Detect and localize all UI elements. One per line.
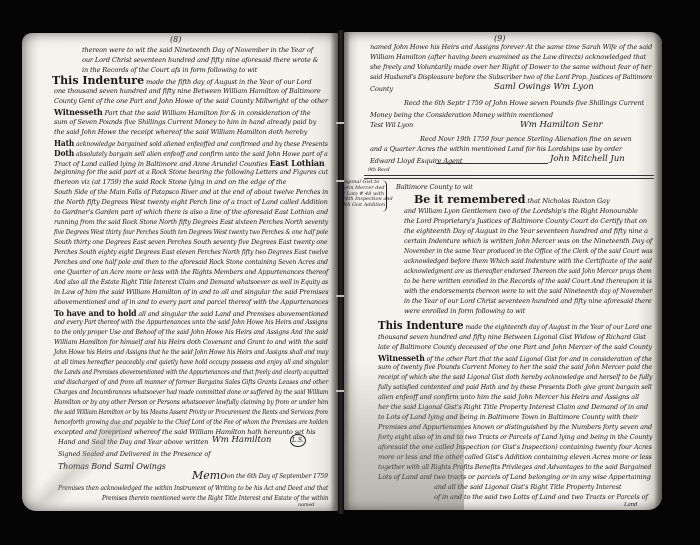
memorandum-date: on the 6th Day of September 1759 [227,473,328,480]
text-line: the North fifty Degrees West twenty eigh… [54,199,328,206]
text-line: one Quarter of an Acre more or less with… [54,269,328,276]
folio-number: (9) [494,34,505,43]
text-line: acknowledgment are as thereafter endorse… [404,268,652,275]
text-line: beginning for the said part at a Rock St… [54,169,328,176]
text-line: with the endorsements thereon were to wi… [404,288,652,295]
receipt-witness: Test Wil Lyon [370,122,413,129]
receipt-signature: Wm Hamilton Senr [520,120,603,130]
text-line: she freely and Voluntarily made over her… [370,64,651,71]
text-line: abovementioned and of in and to every pa… [54,299,328,306]
text-line: John Howe his Heirs and Assigns that he … [54,349,328,356]
county-caption: Baltimore County to wit [396,184,473,191]
tract-name-east-lothian: East Lothian [270,158,325,168]
text-line: Perches South eighty eight Degrees East … [54,249,328,256]
text-line: Hand and Seal the Day and Year above wri… [58,439,208,446]
page-edge-shadow [344,32,350,510]
text-line: Be it remembered that Nicholas Ruxton Ga… [414,194,610,205]
text-line: William Hamilton for himself and his Hei… [54,339,328,346]
text-line: our Lord Christ seventeen hundred and fi… [82,57,318,64]
text-line: to Gardner's Garden part of which there … [54,209,328,216]
receipt-line: Money being the Consideration Money with… [370,112,553,119]
text-line: named John Howe his Heirs and Assigns fo… [370,44,652,51]
grantor-signature: Wm Hamilton [212,435,271,445]
text-line: and every Part thereof with the Appurten… [54,319,328,326]
margin-brace [382,180,387,212]
text-line: said Husband's Displeasure before the Su… [370,74,652,81]
text-line: fully satisfied contented and paid Hath … [378,384,652,391]
text-line: running from the said Rock Stone North f… [54,219,328,226]
agent-signature: John Mitchell Jun [550,154,625,164]
text-line: forty eight also of in and to two Tracts… [378,434,652,441]
text-line: her the said Ligonal Gist's Right Title … [378,404,648,411]
text-line: County [370,86,393,93]
alienation-line: and a Quarter Acres the within mentioned… [370,146,622,153]
text-line: Charges and Incumbrances whatsoever had … [54,389,328,396]
signature-rule [436,163,548,164]
text-line: sum of twenty five Pounds Current Money … [378,364,652,371]
text-line: in the Year of our Lord Christ seventeen… [404,298,652,305]
text-line: And also all the Estate Right Title Inte… [54,279,328,286]
text-line: in Law of him the said William Hamilton … [54,289,328,296]
text-line: the eighteenth Day of August in the Year… [404,228,648,235]
catchword: Land [624,503,637,509]
text-line: To have and to hold all and singular the… [54,309,328,318]
folio-number: (8) [170,35,181,44]
text-line: excepted and foreprized whereof the said… [54,429,315,436]
memorandum-line: Premises then acknowledged the within In… [58,485,328,492]
page-edge-shadow [654,32,662,510]
text-line: Perches and one half pole and then to th… [54,259,328,266]
text-line: Witnesseth Part that the said William Ha… [54,108,311,117]
text-line: thereon viz (at 1759) the said Rock Ston… [54,179,286,186]
text-line: the said William Hamilton or by his Mean… [54,409,328,416]
seal-mark: L.S. [290,434,306,447]
text-line: of in and to the said two Lotts of Land … [434,494,648,501]
text-line: henceforth growing due and payable to th… [54,419,328,426]
margin-ref: 9th Recd [368,168,390,173]
text-line: thousand seven hundred and fifty nine Be… [378,334,646,341]
heading-this-indenture: This Indenture [52,74,144,87]
text-line: Lots of Land and two tracts or parcels o… [378,474,651,481]
right-page: (9) named John Howe his Heirs and Assign… [344,32,662,510]
section-divider [364,178,654,179]
text-line: and all the said Ligonal Gist's Right Ti… [434,484,621,491]
heading-this-indenture: This Indenture [378,319,464,332]
receipt-line: Recd the 6th Septr 1759 of John Howe sev… [404,100,644,107]
memorandum-label: Memo [192,469,227,482]
text-line: one thousand seven hundred and fifty nin… [54,88,321,95]
text-line: in the Records of the Court afs in form … [82,67,257,74]
text-line: This Indenture made the fifth day of Aug… [52,75,312,86]
text-line: the said John Howe the receipt whereof t… [54,129,307,136]
justices-signature: Saml Owings Wm Lyon [494,82,594,92]
text-line: to be here written enrolled in the Recor… [404,278,652,285]
left-page: (8) thereon were to wit the said Ninetee… [22,33,338,511]
text-line: together with all Rights Profits Benefit… [378,464,651,471]
text-line: Tract of Land called lying in Baltimore … [54,159,325,168]
text-line: sum of Seven Pounds five Shillings Curre… [54,119,316,126]
memorandum-line: Premises therein mentioned were the Righ… [102,495,328,502]
text-line: aforesaid the one called Inspection (or … [378,444,652,451]
text-line: more or less and the other called Gist's… [378,454,652,461]
text-line: receipt of which she the said Ligonal Gi… [378,374,652,381]
text-line: County Gent of the one Part and John How… [54,98,328,105]
text-line: the Lord Proprietary's Justices of Balti… [404,218,647,225]
text-line: to the only proper Use and Behoof of the… [54,329,328,336]
witness-names: Thomas Bond Saml Owings [58,463,166,471]
heading-witnesseth: Witnesseth [54,107,103,117]
text-line: were enrolled in form following to wit [404,308,525,315]
text-line: William Hamilton (after having been exam… [370,54,646,61]
text-line: certain Indenture which is written John … [404,238,652,245]
text-line: This Indenture made the eighteenth day o… [378,320,652,331]
text-line: Hath acknowledge bargained sold aliened … [54,139,328,148]
text-line: the Lands and Premises abovementioned wi… [54,369,328,376]
text-line: at all times hereafter peaceably and qui… [54,359,328,366]
text-line: to Lots of Land lying and being in Balti… [378,414,638,421]
catchword: named [298,503,314,508]
text-line: alien enfeoff and confirm unto him the s… [378,394,639,401]
page-edge-shadow [330,33,338,511]
section-divider [364,175,654,176]
text-line: Doth absolutely bargain sell alien enfeo… [54,149,328,158]
heading-be-it-remembered: Be it remembered [414,193,525,206]
text-line: late of Baltimore County deceased of the… [378,344,652,351]
text-line: and discharged of and from all manner of… [54,379,328,386]
witness-line: Signed Sealed and Delivered in the Prese… [58,451,210,458]
heading-witnesseth: Witnesseth [378,353,425,363]
text-line: South thirty one Degrees East seven Perc… [54,239,327,246]
text-line: Hamilton or by any other Person or Perso… [54,399,328,406]
text-line: and William Lyon Gentlemen two of the Lo… [404,208,638,215]
alienation-line: Recd Novr 19th 1759 four pence Sterling … [420,136,632,143]
text-line: acknowledged before them Which said Inde… [404,258,652,265]
heading-to-have-and-to-hold: To have and to hold [54,308,136,318]
text-line: South Side of the Main Falls of Patapsco… [54,189,328,196]
text-line: thereon were to wit the said Nineteenth … [82,47,313,54]
text-line: Witnesseth of the other Part that the sa… [378,354,652,363]
text-line: November in the same Year produced in th… [404,248,652,255]
text-line: five Degrees West thirty four Perches So… [54,229,328,236]
text-line: Premises and Appurtenances known or dist… [378,424,652,431]
